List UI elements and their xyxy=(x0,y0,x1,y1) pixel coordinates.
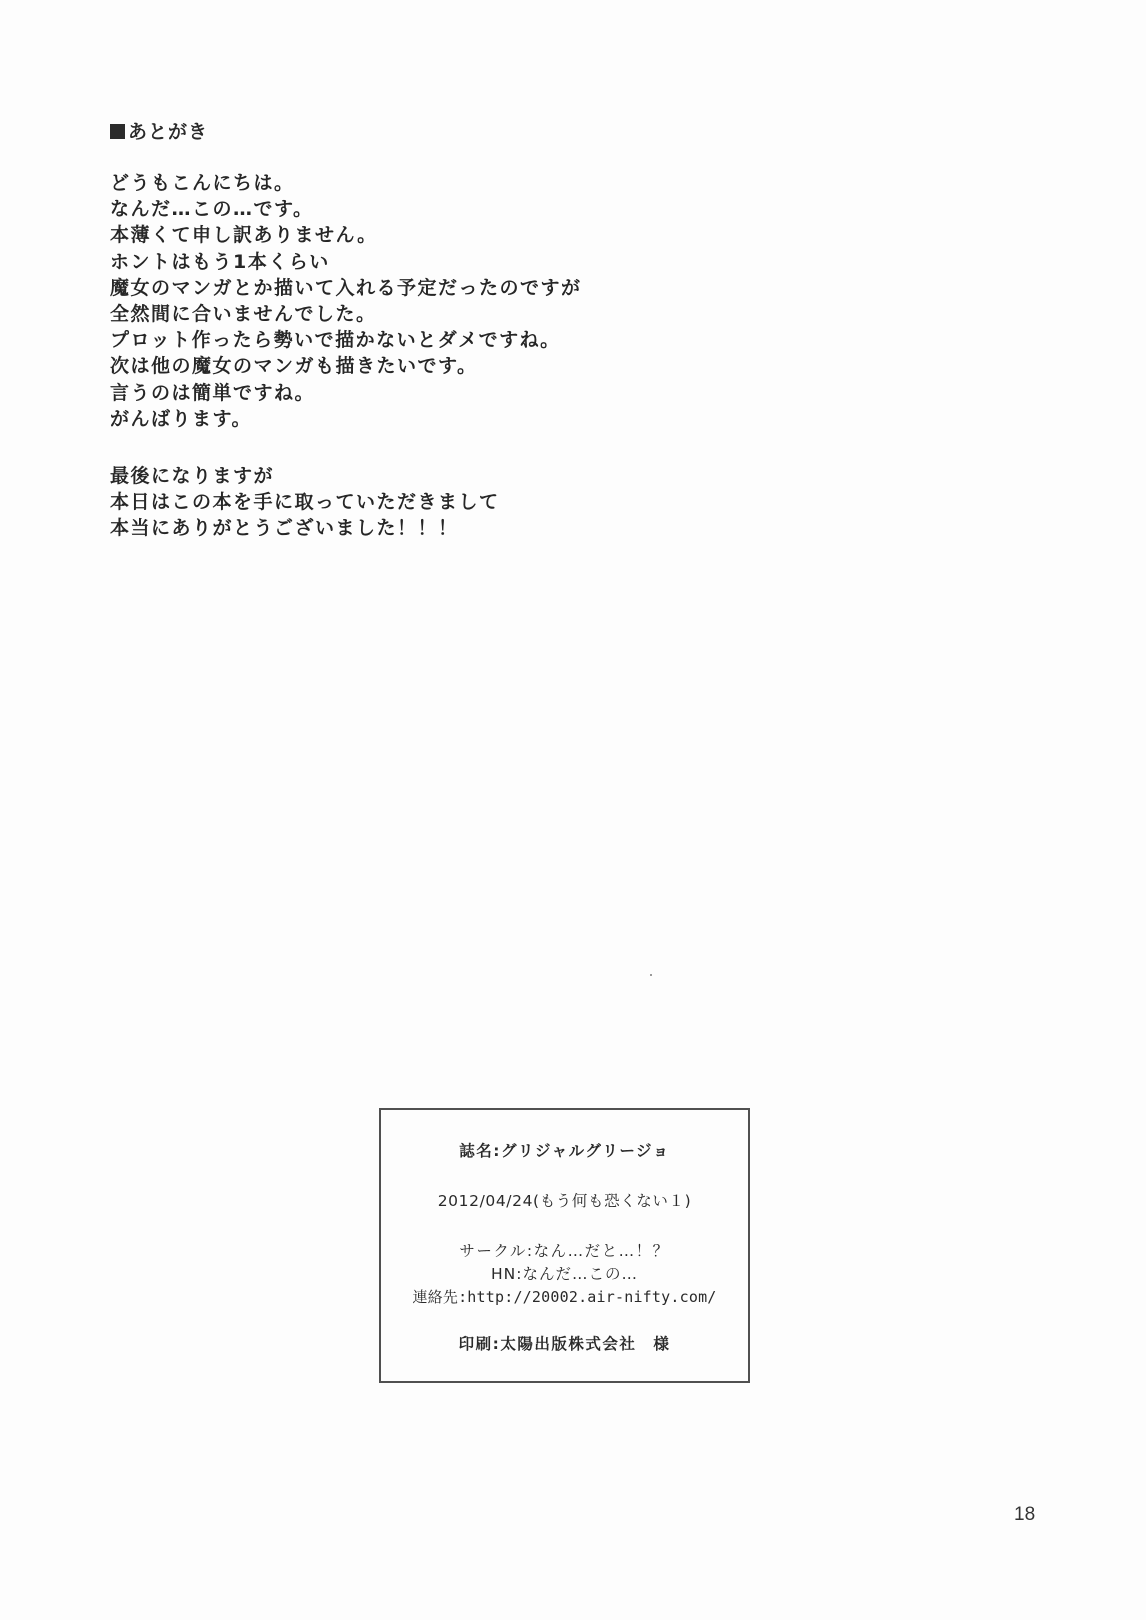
afterword-paragraph-1: どうもこんにちは。 なんだ…この…です。 本薄くて申し訳ありません。 ホントはも… xyxy=(110,170,582,432)
text-line: 本当にありがとうございました！！！ xyxy=(110,515,500,541)
page-number: 18 xyxy=(1014,1504,1035,1526)
colophon-title: 誌名:グリジャルグリージョ xyxy=(381,1141,748,1161)
afterword-heading: あとがき xyxy=(110,121,208,143)
text-line: 最後になりますが xyxy=(110,463,500,489)
text-line: どうもこんにちは。 xyxy=(110,170,582,196)
text-line: 本日はこの本を手に取っていただきまして xyxy=(110,489,500,515)
text-line: がんばります。 xyxy=(110,406,582,432)
colophon-printer: 印刷:太陽出版株式会社 様 xyxy=(381,1334,748,1354)
text-line: プロット作ったら勢いで描かないとダメですね。 xyxy=(110,327,582,353)
text-line: なんだ…この…です。 xyxy=(110,196,582,222)
colophon-handle: HN:なんだ…この… xyxy=(381,1264,748,1284)
square-bullet-icon xyxy=(110,124,125,139)
text-line: 次は他の魔女のマンガも描きたいです。 xyxy=(110,353,582,379)
document-page: あとがき どうもこんにちは。 なんだ…この…です。 本薄くて申し訳ありません。 … xyxy=(0,0,1146,1620)
scan-speck xyxy=(650,974,652,976)
colophon-contact: 連絡先:http://20002.air-nifty.com/ xyxy=(381,1287,748,1307)
colophon-date: 2012/04/24(もう何も恐くない１) xyxy=(381,1191,748,1211)
afterword-heading-text: あとがき xyxy=(128,121,208,143)
text-line: 全然間に合いませんでした。 xyxy=(110,301,582,327)
colophon-circle: サークル:なん…だと…！？ xyxy=(381,1241,748,1261)
text-line: 魔女のマンガとか描いて入れる予定だったのですが xyxy=(110,275,582,301)
afterword-paragraph-2: 最後になりますが 本日はこの本を手に取っていただきまして 本当にありがとうござい… xyxy=(110,463,500,542)
text-line: 言うのは簡単ですね。 xyxy=(110,380,582,406)
text-line: ホントはもう1本くらい xyxy=(110,249,582,275)
text-line: 本薄くて申し訳ありません。 xyxy=(110,222,582,248)
colophon-box: 誌名:グリジャルグリージョ 2012/04/24(もう何も恐くない１) サークル… xyxy=(379,1108,750,1383)
